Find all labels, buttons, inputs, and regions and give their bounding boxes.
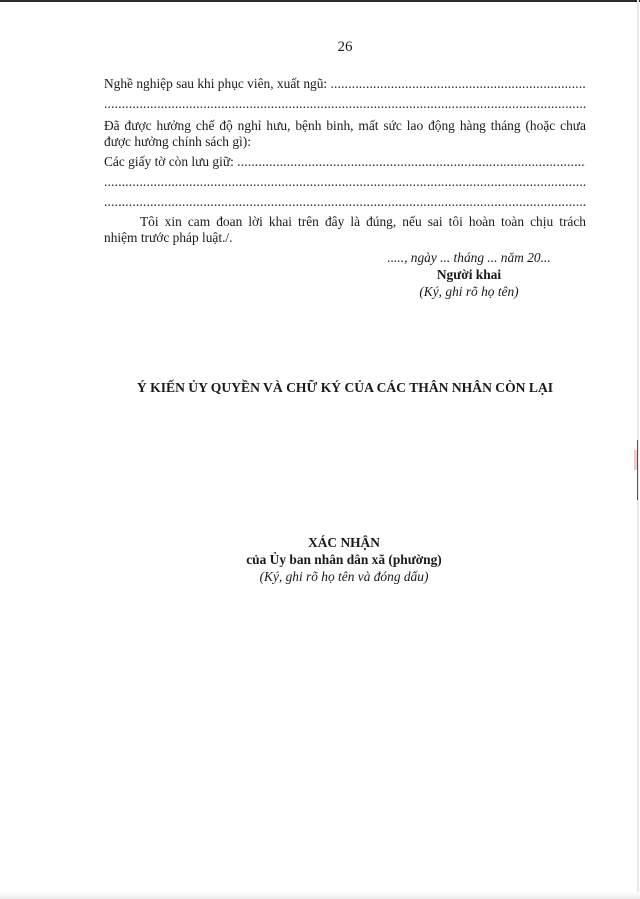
scan-top-border [0,0,640,2]
documents-label: Các giấy tờ còn lưu giữ: [104,154,237,169]
relatives-heading: Ý KIẾN ỦY QUYỀN VÀ CHỮ KÝ CỦA CÁC THÂN N… [104,380,586,396]
pension-line-1: Đã được hưởng chế độ nghỉ hưu, bệnh binh… [104,118,586,134]
fill-dots: ........................................… [237,154,586,169]
confirmation-note: (Ký, ghi rõ họ tên và đóng dấu) [194,568,494,585]
occupation-line: Nghề nghiệp sau khi phục viên, xuất ngũ:… [104,76,586,92]
fill-line-documents-2: ........................................… [104,194,586,210]
scan-bottom-shadow [0,892,640,899]
pledge-line-1: Tôi xin cam đoan lời khai trên đây là đú… [140,214,586,230]
fill-dots: ........................................… [330,76,586,91]
occupation-label: Nghề nghiệp sau khi phục viên, xuất ngũ: [104,76,330,91]
declarant-title: Người khai [354,266,584,283]
fill-line-occupation: ........................................… [104,96,586,112]
declarant-signature-block: ....., ngày ... tháng ... năm 20... Ngườ… [354,249,584,300]
confirmation-subtitle: của Ủy ban nhân dân xã (phường) [194,551,494,568]
declarant-note: (Ký, ghi rõ họ tên) [354,283,584,300]
pledge-line-2: nhiệm trước pháp luật./. [104,230,586,246]
pension-line-2: được hưởng chính sách gì): [104,134,586,150]
documents-line: Các giấy tờ còn lưu giữ: ...............… [104,154,586,170]
confirmation-block: XÁC NHẬN của Ủy ban nhân dân xã (phường)… [194,534,494,585]
page-number: 26 [104,39,586,56]
declarant-date: ....., ngày ... tháng ... năm 20... [354,249,584,266]
fill-line-documents-1: ........................................… [104,174,586,190]
confirmation-title: XÁC NHẬN [194,534,494,551]
scan-edge-shadow [637,440,638,500]
